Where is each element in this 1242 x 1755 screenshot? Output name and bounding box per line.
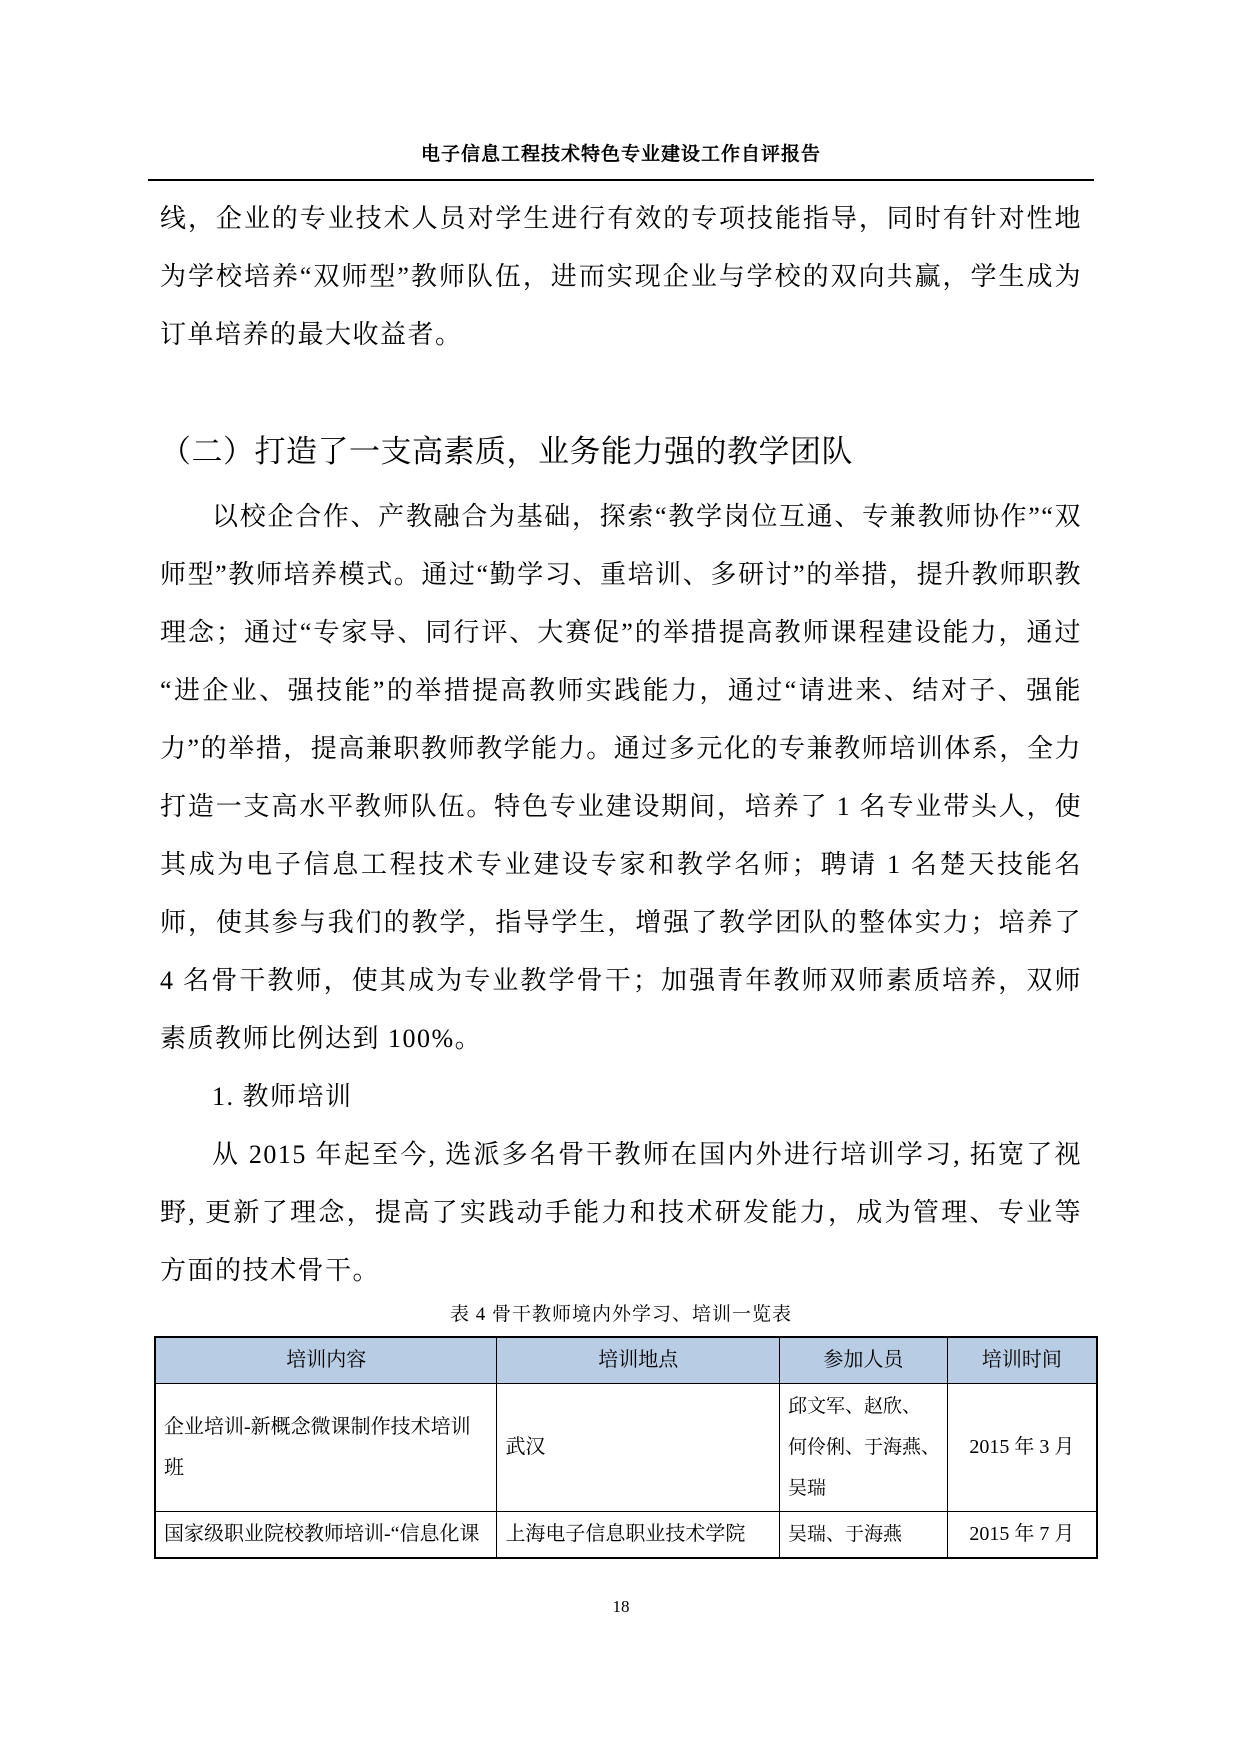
table-cell-training-time: 2015 年 7 月 xyxy=(947,1512,1097,1559)
page-number: 18 xyxy=(160,1595,1082,1619)
sub-section-heading: 1. 教师培训 xyxy=(160,1068,1082,1126)
document-body: 线，企业的专业技术人员对学生进行有效的专项技能指导，同时有针对性地为学校培养“双… xyxy=(160,190,1082,1619)
table-cell-participants: 邱文军、赵欣、 何伶俐、于海燕、 吴瑞 xyxy=(780,1384,948,1512)
training-table: 培训内容 培训地点 参加人员 培训时间 企业培训-新概念微课制作技术培训 班 武… xyxy=(154,1336,1098,1559)
table-caption: 表 4 骨干教师境内外学习、培训一览表 xyxy=(160,1302,1082,1328)
table-row: 国家级职业院校教师培训-“信息化课 上海电子信息职业技术学院 吴瑞、于海燕 20… xyxy=(155,1512,1097,1559)
page-header: 电子信息工程技术特色专业建设工作自评报告 xyxy=(148,0,1094,181)
table-cell-training-place: 武汉 xyxy=(497,1384,780,1512)
table-row: 企业培训-新概念微课制作技术培训 班 武汉 邱文军、赵欣、 何伶俐、于海燕、 吴… xyxy=(155,1384,1097,1512)
table-cell-participants: 吴瑞、于海燕 xyxy=(780,1512,948,1559)
table-cell-training-time: 2015 年 3 月 xyxy=(947,1384,1097,1512)
table-header-cell-content: 培训内容 xyxy=(155,1337,497,1384)
table-cell-training-content: 企业培训-新概念微课制作技术培训 班 xyxy=(155,1384,497,1512)
body-paragraph-2: 以校企合作、产教融合为基础，探索“教学岗位互通、专兼教师协作”“双师型”教师培养… xyxy=(160,488,1082,1068)
body-paragraph-3: 从 2015 年起至今, 选派多名骨干教师在国内外进行培训学习, 拓宽了视野, … xyxy=(160,1126,1082,1300)
table-cell-training-place: 上海电子信息职业技术学院 xyxy=(497,1512,780,1559)
body-paragraph-1: 线，企业的专业技术人员对学生进行有效的专项技能指导，同时有针对性地为学校培养“双… xyxy=(160,190,1082,364)
table-cell-training-content: 国家级职业院校教师培训-“信息化课 xyxy=(155,1512,497,1559)
table-header-row: 培训内容 培训地点 参加人员 培训时间 xyxy=(155,1337,1097,1384)
table-header-cell-people: 参加人员 xyxy=(780,1337,948,1384)
page-header-title: 电子信息工程技术特色专业建设工作自评报告 xyxy=(421,144,821,165)
table-header-cell-place: 培训地点 xyxy=(497,1337,780,1384)
table-header-cell-time: 培训时间 xyxy=(947,1337,1097,1384)
document-page: 电子信息工程技术特色专业建设工作自评报告 线，企业的专业技术人员对学生进行有效的… xyxy=(0,0,1242,1755)
section-heading: （二）打造了一支高素质，业务能力强的教学团队 xyxy=(160,432,1082,472)
